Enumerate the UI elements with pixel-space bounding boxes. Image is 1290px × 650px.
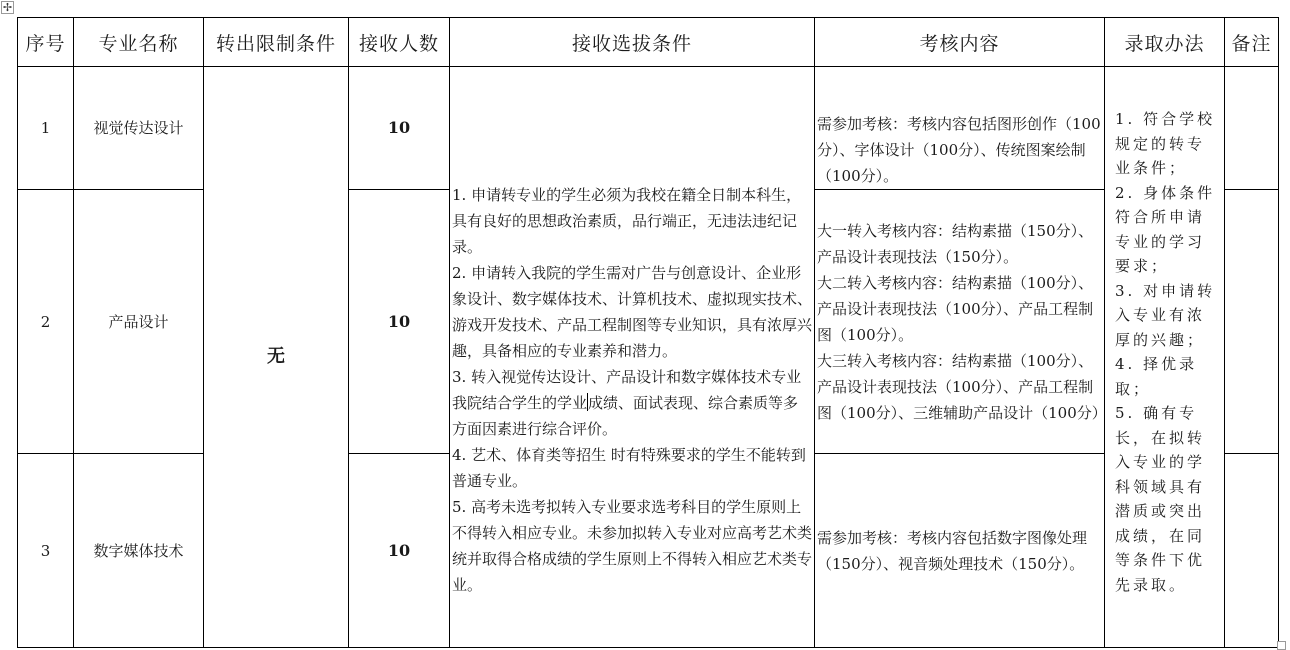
table-resize-handle[interactable] [1277, 641, 1286, 650]
row-remark[interactable] [1225, 190, 1279, 454]
row-remark[interactable] [1225, 67, 1279, 190]
header-admission-method: 录取办法 [1105, 18, 1225, 67]
exam-content-cell[interactable]: 大一转入考核内容：结构素描（150分）、产品设计表现技法（150分）。 大二转入… [815, 190, 1105, 454]
selection-condition-item: 4. 艺术、体育类等招生 时有特殊要求的学生不能转到普通专业。 [452, 442, 812, 494]
row-index[interactable]: 1 [18, 67, 74, 190]
selection-condition-item: 5. 高考未选考拟转入专业要求选考科目的学生原则上不得转入相应专业。未参加拟转入… [452, 494, 812, 598]
header-transfer-restriction: 转出限制条件 [204, 18, 349, 67]
row-index[interactable]: 3 [18, 454, 74, 648]
exam-content-text: 大二转入考核内容：结构素描（100分）、产品设计表现技法（100分）、产品工程制… [817, 270, 1102, 348]
header-quota: 接收人数 [349, 18, 450, 67]
table-row: 1 视觉传达设计 无 10 1. 申请转专业的学生必须为我校在籍全日制本科生，具… [18, 67, 1279, 190]
admission-method-item: 4. 择优录取； [1115, 352, 1216, 401]
admission-method-item: 3. 对申请转入专业有浓厚的兴趣； [1115, 279, 1216, 353]
row-quota[interactable]: 10 [349, 67, 450, 190]
row-major[interactable]: 产品设计 [74, 190, 204, 454]
row-major[interactable]: 视觉传达设计 [74, 67, 204, 190]
admission-method-item: 2. 身体条件符合所申请专业的学习要求； [1115, 181, 1216, 279]
table-move-handle-icon[interactable]: ✢ [1, 1, 14, 14]
row-quota[interactable]: 10 [349, 454, 450, 648]
admission-method-cell[interactable]: 1. 符合学校规定的转专业条件； 2. 身体条件符合所申请专业的学习要求； 3.… [1105, 67, 1225, 648]
transfer-major-table: 序号 专业名称 转出限制条件 接收人数 接收选拔条件 考核内容 录取办法 备注 … [17, 17, 1279, 648]
row-remark[interactable] [1225, 454, 1279, 648]
selection-condition-item: 1. 申请转专业的学生必须为我校在籍全日制本科生，具有良好的思想政治素质，品行端… [452, 182, 812, 260]
exam-content-text: 大三转入考核内容：结构素描（100分）、产品设计表现技法（100分）、产品工程制… [817, 348, 1102, 426]
exam-content-cell[interactable]: 需参加考核：考核内容包括图形创作（100分）、字体设计（100分）、传统图案绘制… [815, 67, 1105, 190]
selection-condition-item: 3. 转入视觉传达设计、产品设计和数字媒体技术专业我院结合学生的学业成绩、面试表… [452, 364, 812, 442]
header-exam-content: 考核内容 [815, 18, 1105, 67]
exam-content-text: 需参加考核：考核内容包括图形创作（100分）、字体设计（100分）、传统图案绘制… [817, 89, 1102, 189]
row-quota[interactable]: 10 [349, 190, 450, 454]
admission-method-item: 1. 符合学校规定的转专业条件； [1115, 107, 1216, 181]
row-major[interactable]: 数字媒体技术 [74, 454, 204, 648]
header-remark: 备注 [1225, 18, 1279, 67]
header-index: 序号 [18, 18, 74, 67]
exam-content-text: 大一转入考核内容：结构素描（150分）、产品设计表现技法（150分）。 [817, 218, 1102, 270]
transfer-restriction-cell[interactable]: 无 [204, 67, 349, 648]
header-row: 序号 专业名称 转出限制条件 接收人数 接收选拔条件 考核内容 录取办法 备注 [18, 18, 1279, 67]
admission-method-item: 5. 确有专长，在拟转入专业的学科领域具有潜质或突出成绩，在同等条件下优先录取。 [1115, 401, 1216, 597]
header-selection-conditions: 接收选拔条件 [450, 18, 815, 67]
header-major: 专业名称 [74, 18, 204, 67]
exam-content-text: 需参加考核：考核内容包括数字图像处理（150分）、视音频处理技术（150分）。 [817, 525, 1102, 577]
selection-conditions-cell[interactable]: 1. 申请转专业的学生必须为我校在籍全日制本科生，具有良好的思想政治素质，品行端… [450, 67, 815, 648]
exam-content-cell[interactable]: 需参加考核：考核内容包括数字图像处理（150分）、视音频处理技术（150分）。 [815, 454, 1105, 648]
row-index[interactable]: 2 [18, 190, 74, 454]
selection-condition-item: 2. 申请转入我院的学生需对广告与创意设计、企业形象设计、数字媒体技术、计算机技… [452, 260, 812, 364]
